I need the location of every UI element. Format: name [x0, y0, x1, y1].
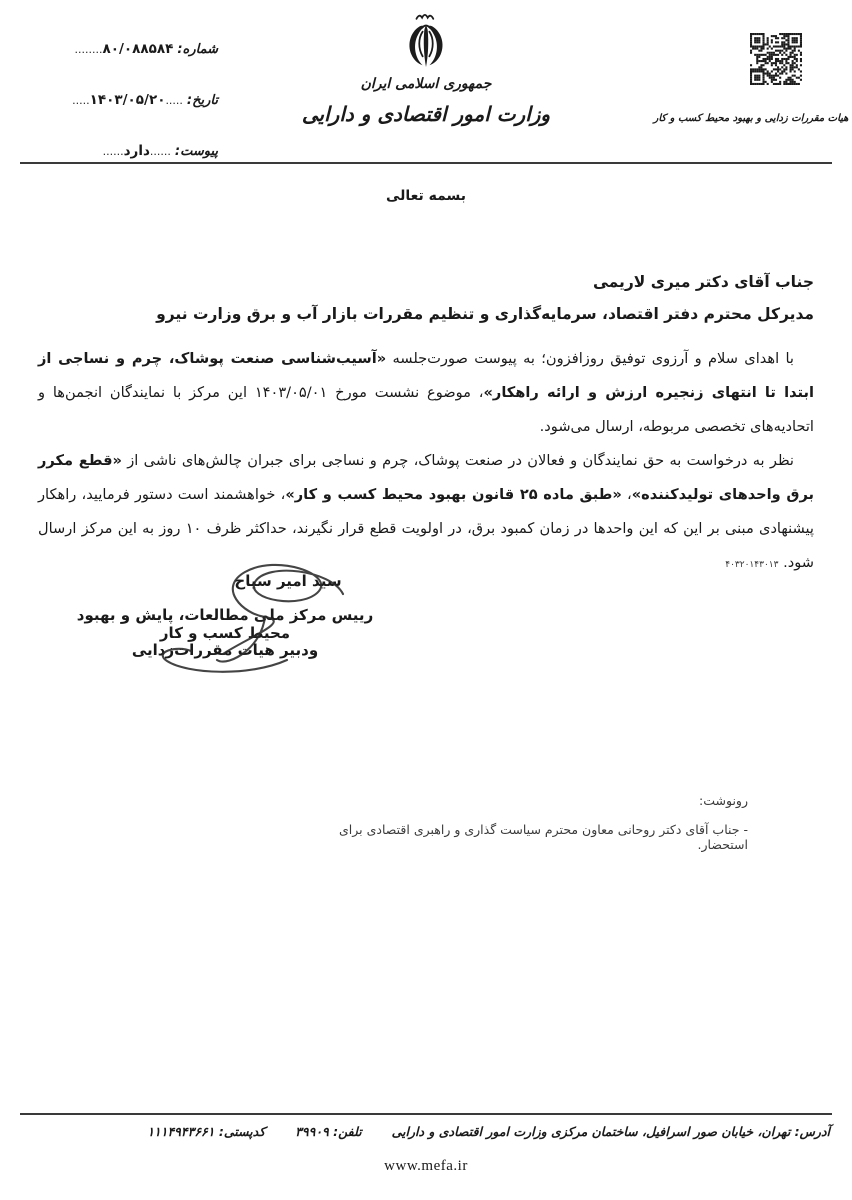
iran-emblem-icon	[398, 12, 454, 76]
footer-phone-value: ۳۹۹۰۹	[295, 1124, 329, 1139]
letter-page: شماره:۸۰/۰۸۸۵۸۴........ تاریخ:.....۱۴۰۳/…	[0, 0, 852, 1200]
dotted-filler: ........	[74, 43, 102, 56]
header-divider	[20, 162, 832, 164]
signer-title-1: رییس مرکز ملی مطالعات، پایش و بهبود محیط…	[58, 606, 392, 642]
letter-attachment-label: پیوست:	[175, 144, 218, 159]
footer-contact-line: آدرس: تهران، خیابان صور اسرافیل، ساختمان…	[22, 1124, 830, 1139]
footer-postal: کدپستی: ۱۱۱۴۹۴۳۶۶۱	[147, 1124, 265, 1139]
board-name: هیات مقررات زدایی و بهبود محیط کسب و کار	[652, 112, 850, 125]
body-paragraph-2: نظر به درخواست به حق نمایندگان و فعالان …	[38, 444, 814, 582]
letter-attachment-value: دارد	[124, 143, 150, 159]
cc-block: رونوشت: - جناب آقای دکتر روحانی معاون مح…	[328, 793, 748, 852]
letter-number-label: شماره:	[177, 42, 218, 57]
footer-address: آدرس: تهران، خیابان صور اسرافیل، ساختمان…	[392, 1124, 830, 1139]
footer-website: www.mefa.ir	[0, 1158, 852, 1175]
footer-phone: تلفن: ۳۹۹۰۹	[295, 1124, 361, 1139]
recipient-name: جناب آقای دکتر میری لاریمی	[38, 266, 814, 298]
letter-attachment-row: پیوست:......دارد......	[18, 140, 218, 159]
cc-item: - جناب آقای دکتر روحانی معاون محترم سیاس…	[328, 822, 748, 852]
dotted-filler: ......	[103, 145, 124, 158]
footer-phone-label: تلفن:	[333, 1124, 361, 1139]
body-paragraph-1: با اهدای سلام و آرزوی توفیق روزافزون؛ به…	[38, 342, 814, 444]
recipient-block: جناب آقای دکتر میری لاریمی مدیرکل محترم …	[38, 266, 814, 330]
letter-number-value: ۸۰/۰۸۸۵۸۴	[102, 41, 173, 57]
p2-start: نظر به درخواست به حق نمایندگان و فعالان …	[122, 452, 794, 469]
dotted-filler: ......	[150, 145, 171, 158]
signer-title-2: ودبیر هیات مقررات‌زدایی	[58, 641, 392, 659]
country-name: جمهوری اسلامی ایران	[0, 76, 852, 92]
footer-divider	[20, 1113, 832, 1115]
p1-start: با اهدای سلام و آرزوی توفیق روزافزون؛ به…	[386, 350, 794, 367]
recipient-title: مدیرکل محترم دفتر اقتصاد، سرمایه‌گذاری و…	[38, 298, 814, 330]
besmele-text: بسمه تعالی	[0, 188, 852, 204]
letter-body: با اهدای سلام و آرزوی توفیق روزافزون؛ به…	[38, 342, 814, 582]
p2-mid: ،	[622, 486, 632, 503]
signer-name: سید امیر سیاح	[233, 572, 343, 590]
qr-code	[750, 33, 802, 85]
footer-postal-label: کدپستی:	[219, 1124, 265, 1139]
tracking-number: ۴۰۳۲۰۱۴۳۰۱۳	[725, 560, 778, 570]
footer-postal-value: ۱۱۱۴۹۴۳۶۶۱	[147, 1124, 214, 1139]
cc-label: رونوشت:	[328, 793, 748, 808]
p2-bold-quote-2: «طبق ماده ۲۵ قانون بهبود محیط کسب و کار»	[285, 486, 621, 503]
letter-number-row: شماره:۸۰/۰۸۸۵۸۴........	[18, 38, 218, 57]
